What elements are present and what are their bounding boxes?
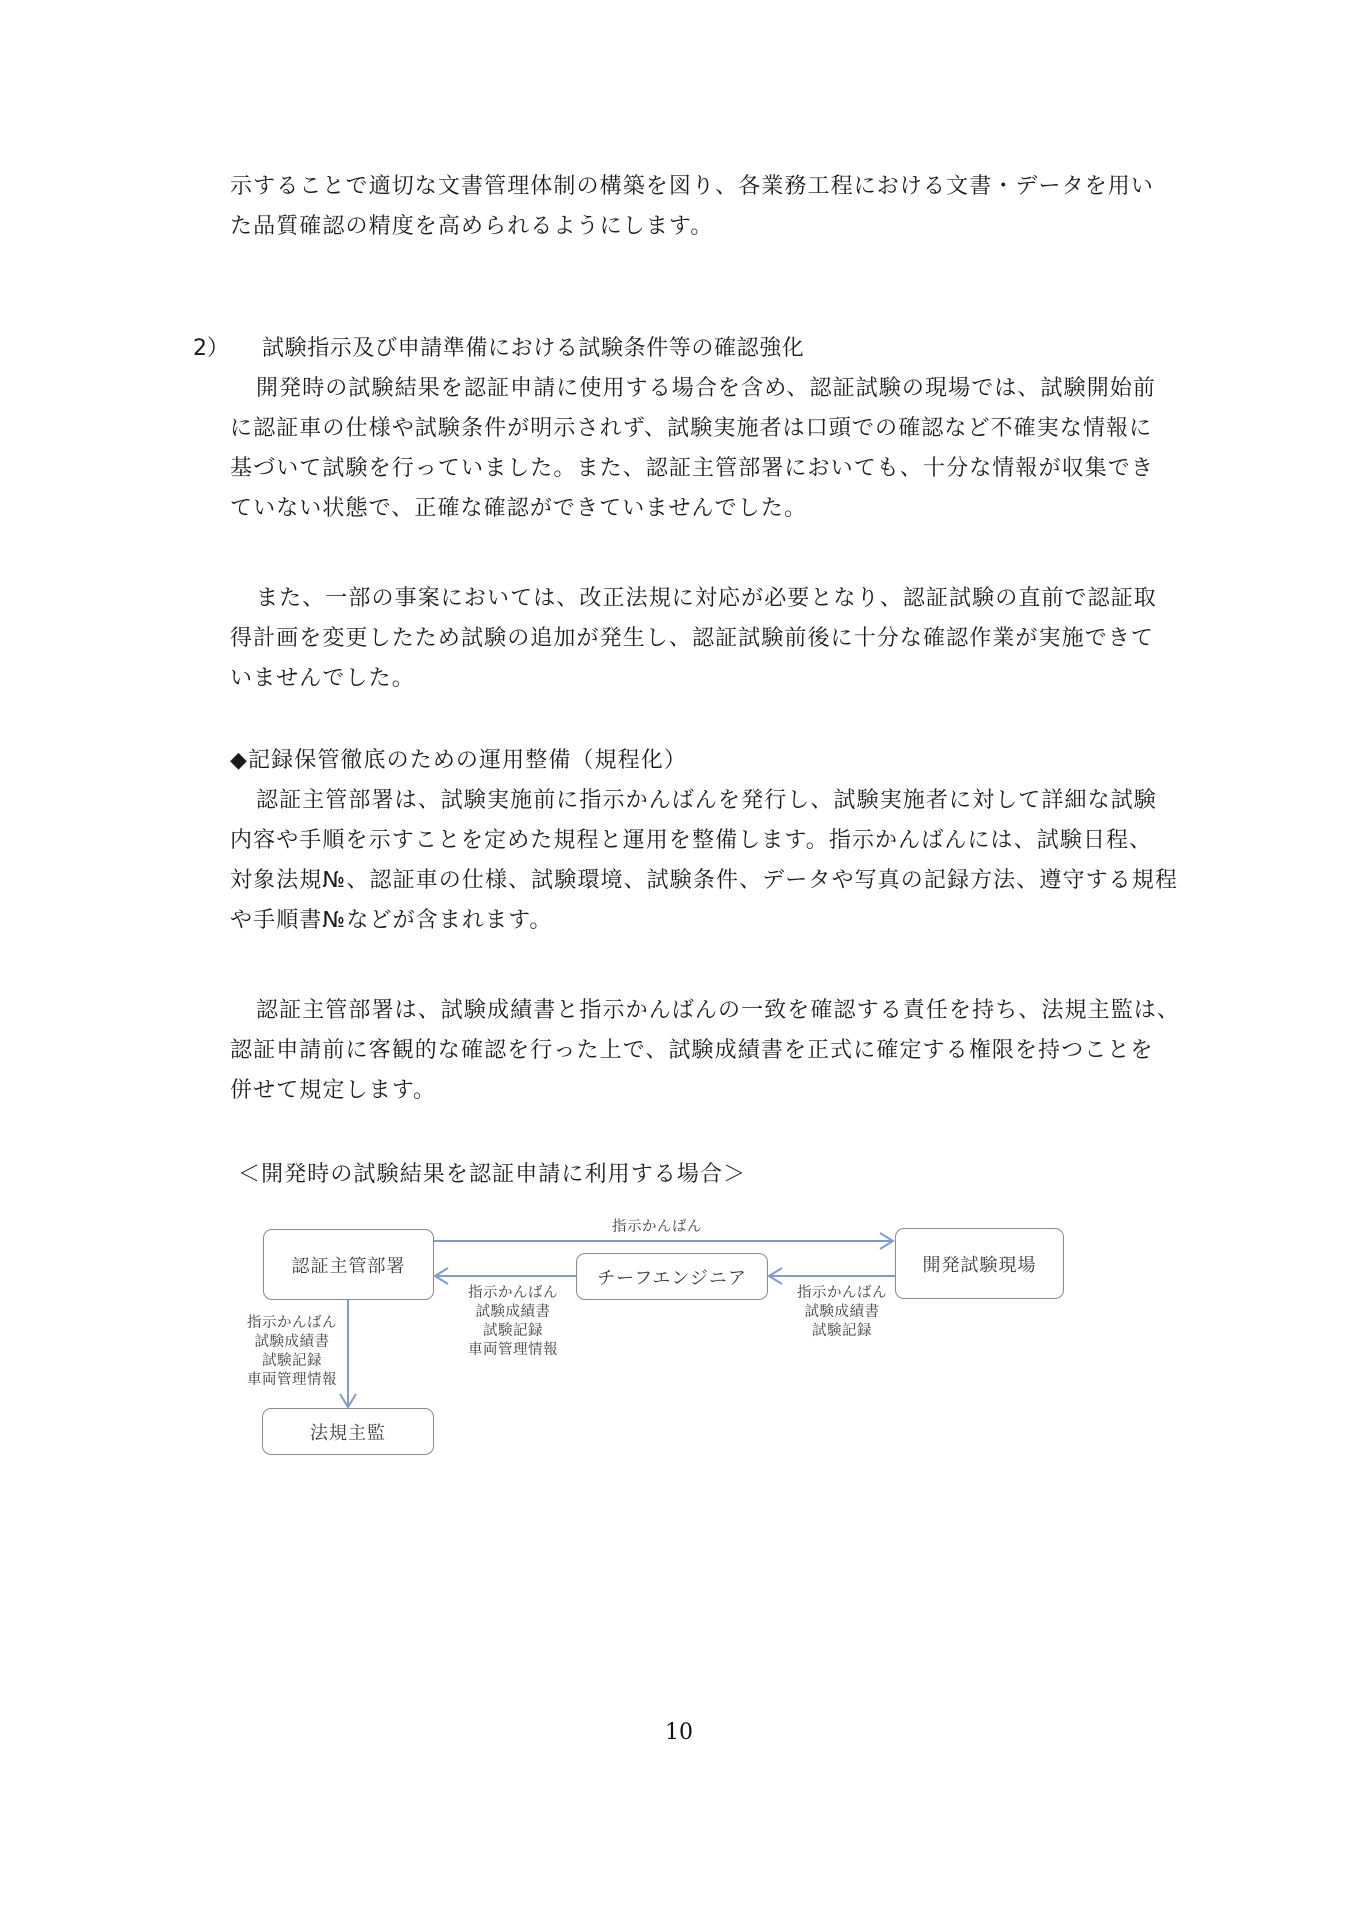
- node-certification-dept: 認証主管部署: [263, 1229, 434, 1300]
- section-number: 2）: [193, 334, 229, 364]
- node-chief-engineer: チーフエンジニア: [576, 1253, 768, 1300]
- arrowhead-down-icon: [340, 1394, 356, 1407]
- measure-paragraph2-line-3: 併せて規定します。: [230, 1076, 1200, 1106]
- intro-line-2: た品質確認の精度を高められるようにします。: [230, 212, 1200, 242]
- intro-line-1: 示することで適切な文書管理体制の構築を図り、各業務工程における文書・データを用い: [230, 172, 1200, 202]
- measure-title: ◆記録保管徹底のための運用整備（規程化）: [230, 746, 1200, 776]
- edge-label-site-to-chief: 指示かんばん 試験成績書 試験記録: [787, 1284, 897, 1341]
- arrowhead-left-icon: [769, 1268, 782, 1284]
- edge-label-line: 試験記録: [238, 1352, 346, 1371]
- measure-paragraph1-line-2: 内容や手順を示すことを定めた規程と運用を整備します。指示かんばんには、試験日程、: [230, 826, 1200, 856]
- edge-label-line: 試験記録: [458, 1322, 568, 1341]
- diagram-arrows: [0, 0, 1358, 1920]
- node-dev-test-site: 開発試験現場: [895, 1228, 1064, 1299]
- section-paragraph1-line-3: 基づいて試験を行っていました。また、認証主管部署においても、十分な情報が収集でき: [230, 454, 1200, 484]
- section-paragraph1-line-2: に認証車の仕様や試験条件が明示されず、試験実施者は口頭での確認など不確実な情報に: [230, 414, 1200, 444]
- edge-label-line: 試験成績書: [238, 1333, 346, 1352]
- edge-label-line: 試験記録: [787, 1322, 897, 1341]
- edge-label-line: 指示かんばん: [612, 1218, 702, 1237]
- edge-label-line: 試験成績書: [787, 1303, 897, 1322]
- edge-label-line: 車両管理情報: [458, 1341, 568, 1360]
- section-title: 試験指示及び申請準備における試験条件等の確認強化: [262, 334, 804, 364]
- section-paragraph1-line-4: ていない状態で、正確な確認ができていませんでした。: [230, 494, 1200, 524]
- edge-label-line: 指示かんばん: [787, 1284, 897, 1303]
- measure-paragraph2-line-1: 認証主管部署は、試験成績書と指示かんばんの一致を確認する責任を持ち、法規主監は、: [256, 996, 1226, 1026]
- edge-label-line: 指示かんばん: [238, 1314, 346, 1333]
- edge-label-line: 試験成績書: [458, 1303, 568, 1322]
- section-paragraph2-line-1: また、一部の事案においては、改正法規に対応が必要となり、認証試験の直前で認証取: [256, 584, 1226, 614]
- edge-label-line: 車両管理情報: [238, 1371, 346, 1390]
- edge-label-line: 指示かんばん: [458, 1284, 568, 1303]
- arrowhead-right-icon: [880, 1233, 893, 1249]
- node-legal-supervisor: 法規主監: [262, 1408, 434, 1455]
- section-paragraph2-line-2: 得計画を変更したため試験の追加が発生し、認証試験前後に十分な確認作業が実施できて: [230, 624, 1200, 654]
- diagram-caption: ＜開発時の試験結果を認証申請に利用する場合＞: [238, 1160, 1208, 1190]
- edge-label-chief-to-dept: 指示かんばん 試験成績書 試験記録 車両管理情報: [458, 1284, 568, 1360]
- edge-label-dept-to-legal: 指示かんばん 試験成績書 試験記録 車両管理情報: [238, 1314, 346, 1390]
- edge-label-dept-to-site: 指示かんばん: [612, 1218, 702, 1237]
- section-paragraph2-line-3: いませんでした。: [230, 664, 1200, 694]
- measure-paragraph1-line-4: や手順書№などが含まれます。: [230, 906, 1200, 936]
- section-paragraph1-line-1: 開発時の試験結果を認証申請に使用する場合を含め、認証試験の現場では、試験開始前: [256, 374, 1226, 404]
- document-page: 示することで適切な文書管理体制の構築を図り、各業務工程における文書・データを用い…: [0, 0, 1358, 1920]
- measure-paragraph2-line-2: 認証申請前に客観的な確認を行った上で、試験成績書を正式に確定する権限を持つことを: [230, 1036, 1200, 1066]
- measure-paragraph1-line-1: 認証主管部署は、試験実施前に指示かんばんを発行し、試験実施者に対して詳細な試験: [256, 786, 1226, 816]
- flow-diagram: 認証主管部署 チーフエンジニア 開発試験現場 法規主監 指示かんばん 指示かんば…: [0, 0, 1358, 1920]
- page-number: 10: [0, 1720, 1358, 1745]
- arrowhead-left-icon: [435, 1268, 448, 1284]
- measure-paragraph1-line-3: 対象法規№、認証車の仕様、試験環境、試験条件、データや写真の記録方法、遵守する規…: [230, 866, 1200, 896]
